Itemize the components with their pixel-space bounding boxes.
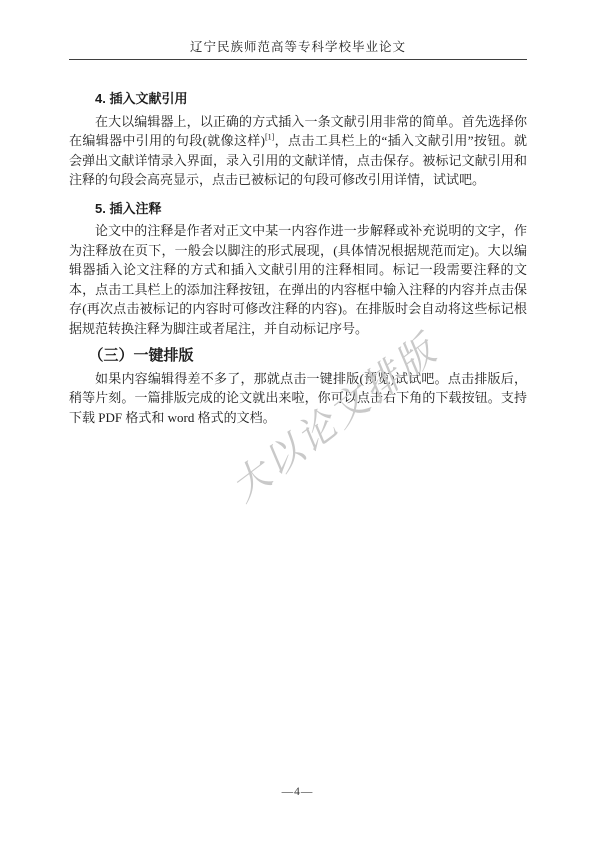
page-header: 辽宁民族师范高等专科学校毕业论文 — [69, 0, 527, 60]
section-heading-insert-note: 5. 插入注释 — [69, 199, 527, 219]
page-footer: —4— — [0, 786, 595, 798]
paragraph-insert-citation: 在大以编辑器上，以正确的方式插入一条文献引用非常的简单。首先选择你在编辑器中引用… — [69, 112, 527, 190]
section-heading-insert-citation: 4. 插入文献引用 — [69, 89, 527, 109]
page-number: —4— — [282, 786, 314, 798]
header-title: 辽宁民族师范高等专科学校毕业论文 — [69, 37, 527, 55]
paragraph-one-key-typeset: 如果内容编辑得差不多了，那就点击一键排版(预览)试试吧。点击排版后，稍等片刻。一… — [69, 369, 527, 428]
document-page: 辽宁民族师范高等专科学校毕业论文 4. 插入文献引用 在大以编辑器上，以正确的方… — [0, 0, 595, 842]
paragraph-insert-note: 论文中的注释是作者对正文中某一内容作进一步解释或补充说明的文字，作为注释放在页下… — [69, 221, 527, 338]
section-heading-one-key-typeset: （三）一键排版 — [69, 346, 527, 366]
citation-reference-marker: [1] — [265, 133, 274, 142]
document-body: 4. 插入文献引用 在大以编辑器上，以正确的方式插入一条文献引用非常的简单。首先… — [69, 80, 527, 427]
